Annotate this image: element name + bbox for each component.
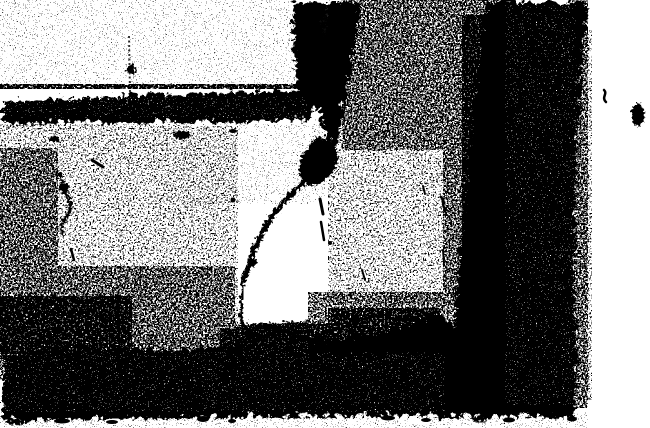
floor-debris-7	[381, 416, 395, 421]
right-margin-blob	[630, 102, 643, 124]
texture-lower-left-dense	[0, 296, 132, 354]
texture-window-glass	[0, 0, 295, 86]
under-bar-blotch-1	[46, 134, 58, 140]
texture-shadow-fringe-far-right	[576, 30, 592, 400]
pinholes-floor-shadow	[5, 352, 445, 412]
texture-below-bar-left	[0, 124, 150, 170]
scene-svg	[0, 0, 650, 428]
floor-debris-5	[197, 416, 209, 422]
crack-left-spot	[231, 198, 236, 203]
window-latch-knob	[125, 63, 135, 73]
floor-debris-12	[567, 417, 577, 422]
texture-sill-line	[0, 84, 298, 89]
floor-debris-4	[158, 411, 172, 418]
floor-debris-1	[3, 417, 27, 423]
floor-debris-6	[228, 419, 236, 423]
under-bar-blotch-2	[172, 129, 188, 137]
floor-debris-11	[538, 409, 560, 417]
photo-binarized-wall-crack	[0, 0, 650, 428]
crack-side-dot	[328, 241, 332, 245]
pinholes-corner-shadow	[505, 5, 577, 405]
pinholes-brick	[242, 322, 308, 374]
crack-knot	[247, 257, 255, 265]
under-bar-blotch-3	[229, 129, 237, 133]
floor-debris-8	[421, 418, 431, 422]
floor-debris-10	[503, 418, 515, 423]
floor-debris-2	[54, 419, 70, 424]
pinholes-frame-bar	[2, 96, 307, 118]
scene-shapes	[0, 0, 650, 428]
mid-wall-dash-2	[443, 250, 444, 263]
right-margin-squiggle	[604, 90, 606, 102]
floor-debris-9	[469, 414, 487, 420]
floor-debris-3	[106, 420, 118, 424]
